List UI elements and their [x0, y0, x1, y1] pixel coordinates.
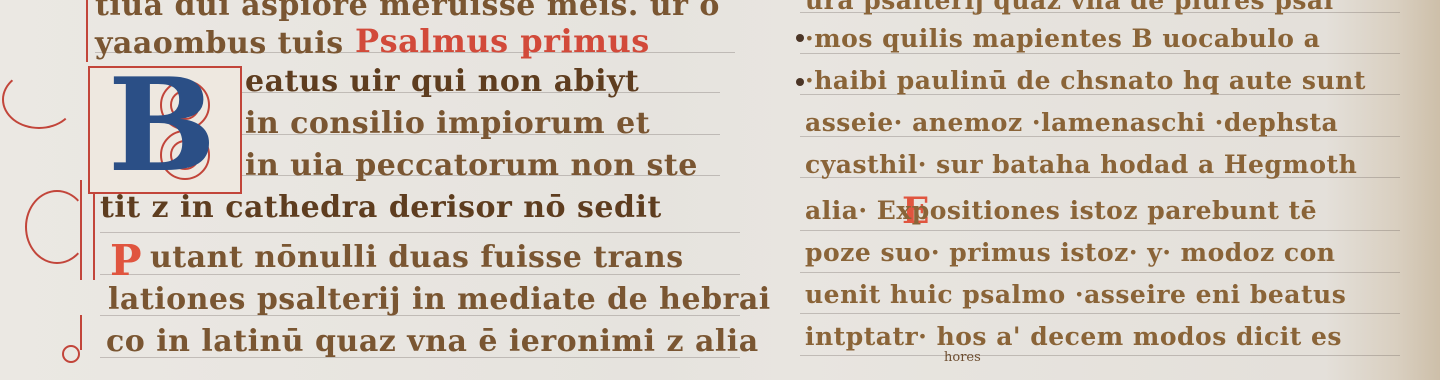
text-line: in uia peccatorum non ste	[245, 148, 698, 183]
text-line: eatus uir qui non abiyt	[245, 64, 639, 99]
margin-dot	[796, 34, 804, 42]
interlinear-gloss: hores	[944, 350, 981, 365]
marginal-flourish	[62, 345, 80, 363]
marginal-flourish	[2, 70, 76, 129]
ruling-line	[800, 355, 1400, 356]
text-line: intptatr· hos a' decem modos dicit es	[805, 322, 1342, 351]
text-line: co in latinū quaz vna ē ieronimi z alia	[106, 324, 759, 359]
text-line: ·mos quilis mapientes B uocabulo a	[805, 24, 1320, 53]
text-line: poze suo· primus istoz· y· modoz con	[805, 238, 1335, 267]
text-line: in consilio impiorum et	[245, 106, 650, 141]
text-line: tit z in cathedra derisor nō sedit	[100, 190, 662, 225]
text-line: asseie· anemoz ·lamenaschi ·dephsta	[805, 108, 1338, 137]
text-line: ura psalterij quaz vna de plures psal	[805, 0, 1334, 15]
rubric-heading: Psalmus primus	[355, 22, 650, 60]
ruling-line	[100, 232, 740, 233]
text-line: alia· Expositiones istoz parebunt tē	[805, 196, 1317, 225]
ruling-line	[800, 272, 1400, 273]
red-initial: P	[110, 236, 142, 285]
decorated-initial-b: B	[92, 62, 232, 190]
border-rule	[80, 315, 82, 350]
border-rule	[86, 0, 88, 62]
border-rule	[93, 180, 95, 280]
ruling-line	[800, 53, 1400, 54]
text-line: uenit huic psalmo ·asseire eni beatus	[805, 280, 1346, 309]
text-line: cyasthil· sur bataha hodad a Hegmoth	[805, 150, 1357, 179]
manuscript-page: B tiua dui aspiore meruisse meis. ur o y…	[0, 0, 1440, 380]
text-line: ·haibi paulinū de chsnato hq aute sunt	[805, 66, 1366, 95]
margin-dot	[796, 78, 804, 86]
text-line: utant nōnulli duas fuisse trans	[150, 240, 684, 275]
marginal-flourish	[25, 190, 89, 264]
text-line: tiua dui aspiore meruisse meis. ur o	[95, 0, 720, 23]
ruling-line	[800, 230, 1400, 231]
text-line: yaaombus tuis	[95, 26, 344, 61]
ruling-line	[800, 313, 1400, 314]
text-line: lationes psalterij in mediate de hebrai	[108, 282, 771, 317]
